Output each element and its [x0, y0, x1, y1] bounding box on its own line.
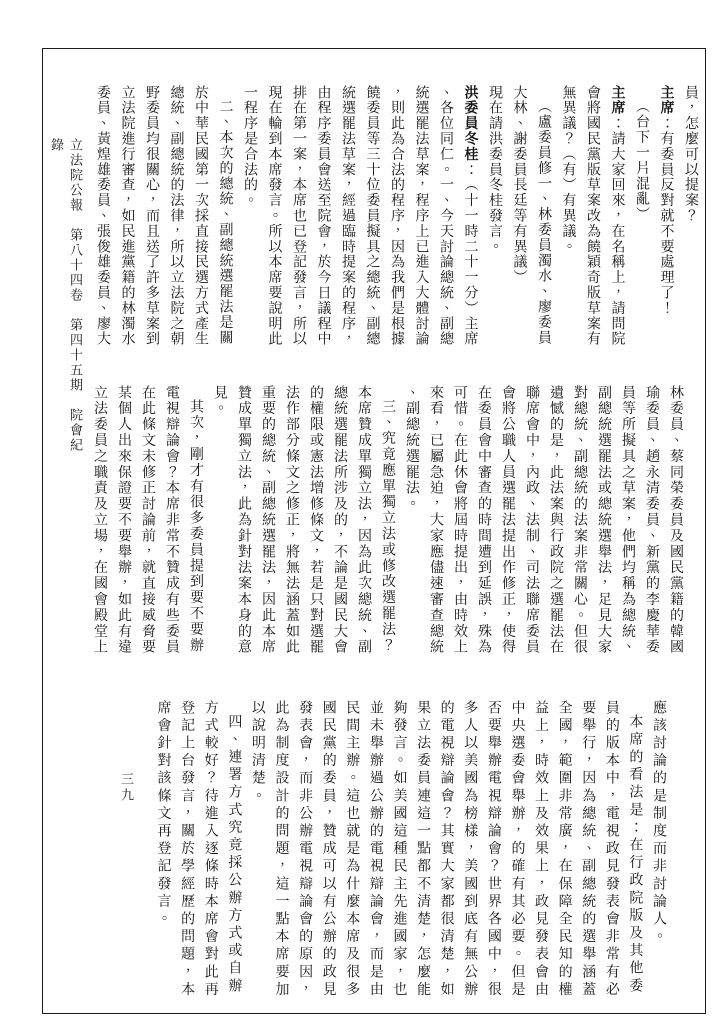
speaker-name: 主席: [610, 85, 626, 116]
paragraph: 員，怎麼可以提案？: [679, 85, 704, 348]
paragraph: 主席：有委員反對就不要處理了！: [654, 85, 679, 348]
paragraph: 四、連署方式究竟採公辦方式或自辦方式較好？待進入逐條時本席會對此再登記上台發言，…: [151, 700, 245, 1001]
paragraph: 本席的看法是：在行政院版及其他委員的版本中，電視政見發表會非常有必要舉行，因為總…: [245, 700, 646, 1001]
speech-text: 員，怎麼可以提案？: [683, 85, 699, 224]
speech-text: ：有委員反對就不要處理了！: [659, 116, 675, 316]
speech-text: ：請大家回來，在名稱上，請問院會將國民黨版草案改為饒穎奇版草案有無異議？（有）有…: [561, 85, 626, 347]
paragraph: 洪委員冬桂：（十一時二十一分）主席、各位同仁。一、今天討論總統、副總統選罷法草案…: [238, 85, 483, 348]
text-register-middle: 林委員、蔡同榮委員及國民黨籍的韓國瑜委員、趙永清委員、新黨的李慶華委員等所擬具之…: [70, 385, 688, 656]
paragraph: （盧委員修一、林委員濁水、廖委員大林、謝委員長廷等有異議）: [507, 85, 556, 348]
paragraph: 主席：請大家回來，在名稱上，請問院會將國民黨版草案改為饒穎奇版草案有無異議？（有…: [556, 85, 630, 348]
speech-text: 應該討論的是制度而非討論人。: [651, 700, 667, 946]
paragraph: 二、本次的總統、副總統選罷法是關於中華民國第一次採直接民選方式產生總統、副總統的…: [91, 85, 238, 348]
paragraph: 三、究竟應單獨立法或修改選罷法？本席贊成單獨立法，因為此次總統、副總統選罷法所涉…: [208, 385, 400, 656]
paragraph: 林委員、蔡同榮委員及國民黨籍的韓國瑜委員、趙永清委員、新黨的李慶華委員等所擬具之…: [400, 385, 688, 656]
paragraph: 應該討論的是制度而非討論人。: [646, 700, 670, 1001]
gazette-scan-page: { "document": { "sidebar_title": "立法院公報 …: [0, 0, 726, 1024]
speech-text: 四、連署方式究竟採公辦方式或自辦方式較好？待進入逐條時本席會對此再登記上台發言，…: [156, 700, 243, 999]
speaker-name: 洪委員冬桂: [463, 85, 479, 162]
speech-text: 現在請洪委員冬桂發言。: [487, 85, 503, 254]
speech-text: （盧委員修一、林委員濁水、廖委員大林、謝委員長廷等有異議）: [512, 85, 553, 345]
speech-text: 二、本次的總統、副總統選罷法是關於中華民國第一次採直接民選方式產生總統、副總統的…: [95, 85, 234, 347]
page-number: 三九: [116, 772, 135, 812]
speaker-name: 主席: [659, 85, 675, 116]
speech-text: 三、究竟應單獨立法或修改選罷法？本席贊成單獨立法，因為此次總統、副總統選罷法所涉…: [212, 385, 396, 655]
speech-text: 林委員、蔡同榮委員及國民黨籍的韓國瑜委員、趙永清委員、新黨的李慶華委員等所擬具之…: [404, 385, 684, 655]
speech-text: 其次，剛才有很多委員提到要不要辦電視辯論會？本席非常不贊成有些委員在此條文未修正…: [92, 385, 204, 655]
speech-text: ：（十一時二十一分）主席、各位同仁。一、今天討論總統、副總統選罷法草案，程序上已…: [242, 85, 479, 347]
speech-text: （台下一片混亂）: [634, 99, 650, 222]
paragraph: 其次，剛才有很多委員提到要不要辦電視辯論會？本席非常不贊成有些委員在此條文未修正…: [88, 385, 208, 656]
text-register-bottom: 應該討論的是制度而非討論人。本席的看法是：在行政院版及其他委員的版本中，電視政見…: [128, 700, 670, 1001]
speech-text: 本席的看法是：在行政院版及其他委員的版本中，電視政見發表會非常有必要舉行，因為總…: [250, 700, 644, 999]
text-register-top: 員，怎麼可以提案？主席：有委員反對就不要處理了！（台下一片混亂）主席：請大家回來…: [83, 85, 703, 348]
paragraph: 現在請洪委員冬桂發言。: [483, 85, 508, 348]
paragraph: （台下一片混亂）: [630, 85, 655, 348]
